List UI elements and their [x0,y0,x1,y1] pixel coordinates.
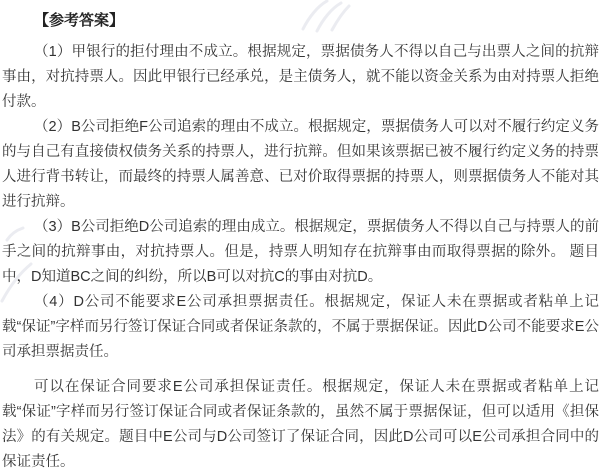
answer-paragraph-5: 可以在保证合同要求E公司承担保证责任。根据规定，保证人未在票据或者粘单上记载“保… [2,375,599,475]
document-body: 【参考答案】 （1）甲银行的拒付理由不成立。根据规定，票据债务人不得以自己与出票… [0,0,601,475]
answer-paragraph-1: （1）甲银行的拒付理由不成立。根据规定，票据债务人不得以自己与出票人之间的抗辩事… [2,40,599,115]
answer-paragraph-4: （4）D公司不能要求E公司承担票据责任。根据规定，保证人未在票据或者粘单上记载“… [2,290,599,365]
answer-paragraph-2: （2）B公司拒绝F公司追索的理由不成立。根据规定，票据债务人可以对不履行约定义务… [2,115,599,215]
page-title: 【参考答案】 [2,8,599,33]
answer-paragraph-3: （3）B公司拒绝D公司追索的理由成立。根据规定，票据债务人不得以自己与持票人的前… [2,215,599,290]
reference-answer-document: 【参考答案】 （1）甲银行的拒付理由不成立。根据规定，票据债务人不得以自己与出票… [0,0,601,476]
